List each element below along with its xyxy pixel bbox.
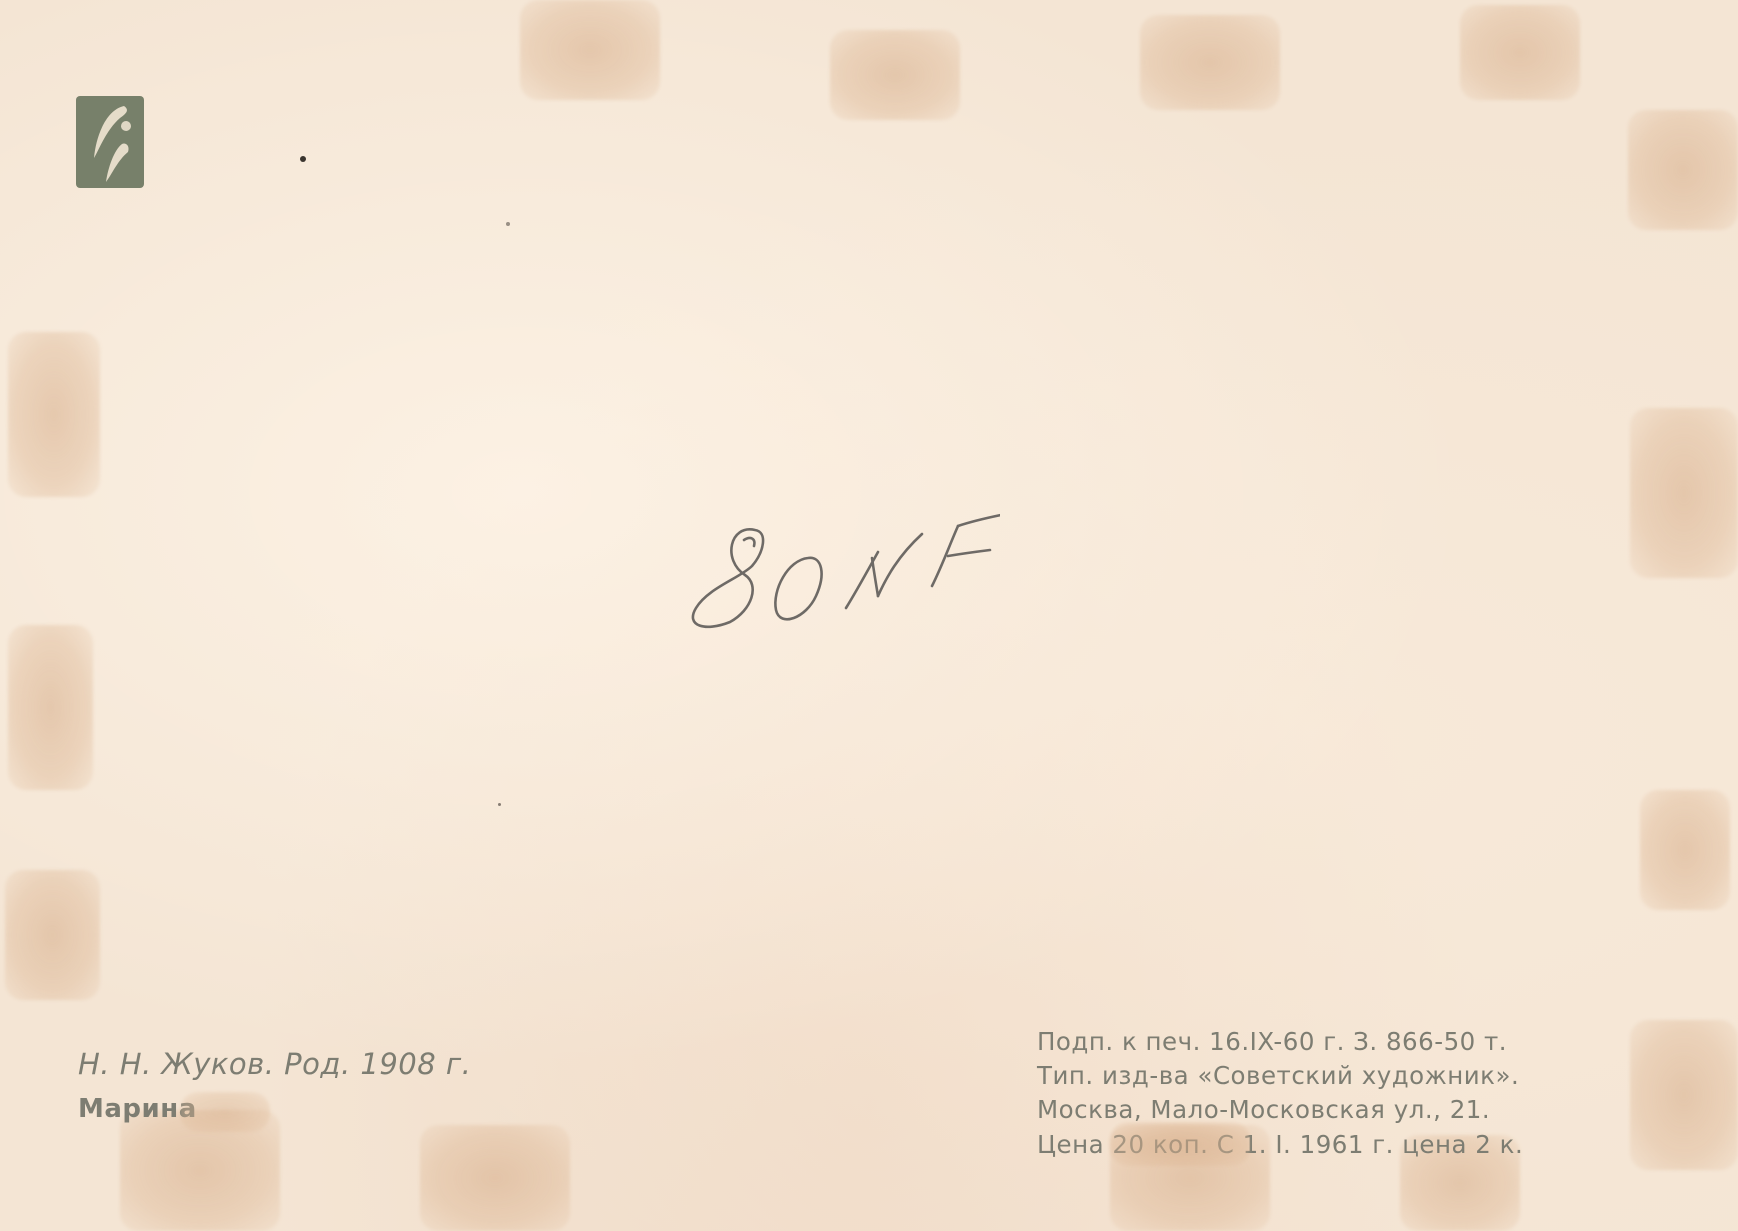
publisher-monogram-icon (76, 96, 144, 188)
ink-speck (498, 803, 501, 806)
stain-right-2 (1630, 408, 1738, 578)
stain-right-1 (1628, 110, 1738, 230)
stain-left-3 (5, 870, 100, 1000)
artist-caption: Н. Н. Жуков. Род. 1908 г. (78, 1047, 471, 1081)
postcard-back: Н. Н. Жуков. Род. 1908 г. Марина Подп. к… (0, 0, 1738, 1231)
stain-right-3 (1640, 790, 1730, 910)
handwritten-note (660, 500, 1000, 640)
artwork-title: Марина (78, 1094, 197, 1124)
stain-top-4 (1460, 5, 1580, 100)
stain-bottom-2 (420, 1125, 570, 1231)
stain-left-1 (8, 332, 100, 497)
stain-top-1 (520, 0, 660, 100)
imprint-line-3: Москва, Мало-Московская ул., 21. (1037, 1095, 1490, 1124)
ink-speck (300, 156, 306, 162)
stain-over-price (1110, 1122, 1250, 1166)
stain-top-3 (1140, 15, 1280, 110)
imprint-line-2: Тип. изд-ва «Советский художник». (1037, 1061, 1519, 1090)
imprint-line-1: Подп. к печ. 16.IX-60 г. З. 866-50 т. (1037, 1027, 1507, 1056)
stain-right-4 (1630, 1020, 1738, 1170)
ink-speck (506, 222, 510, 226)
stain-top-2 (830, 30, 960, 120)
stain-left-2 (8, 625, 93, 790)
stain-over-title (180, 1092, 270, 1132)
